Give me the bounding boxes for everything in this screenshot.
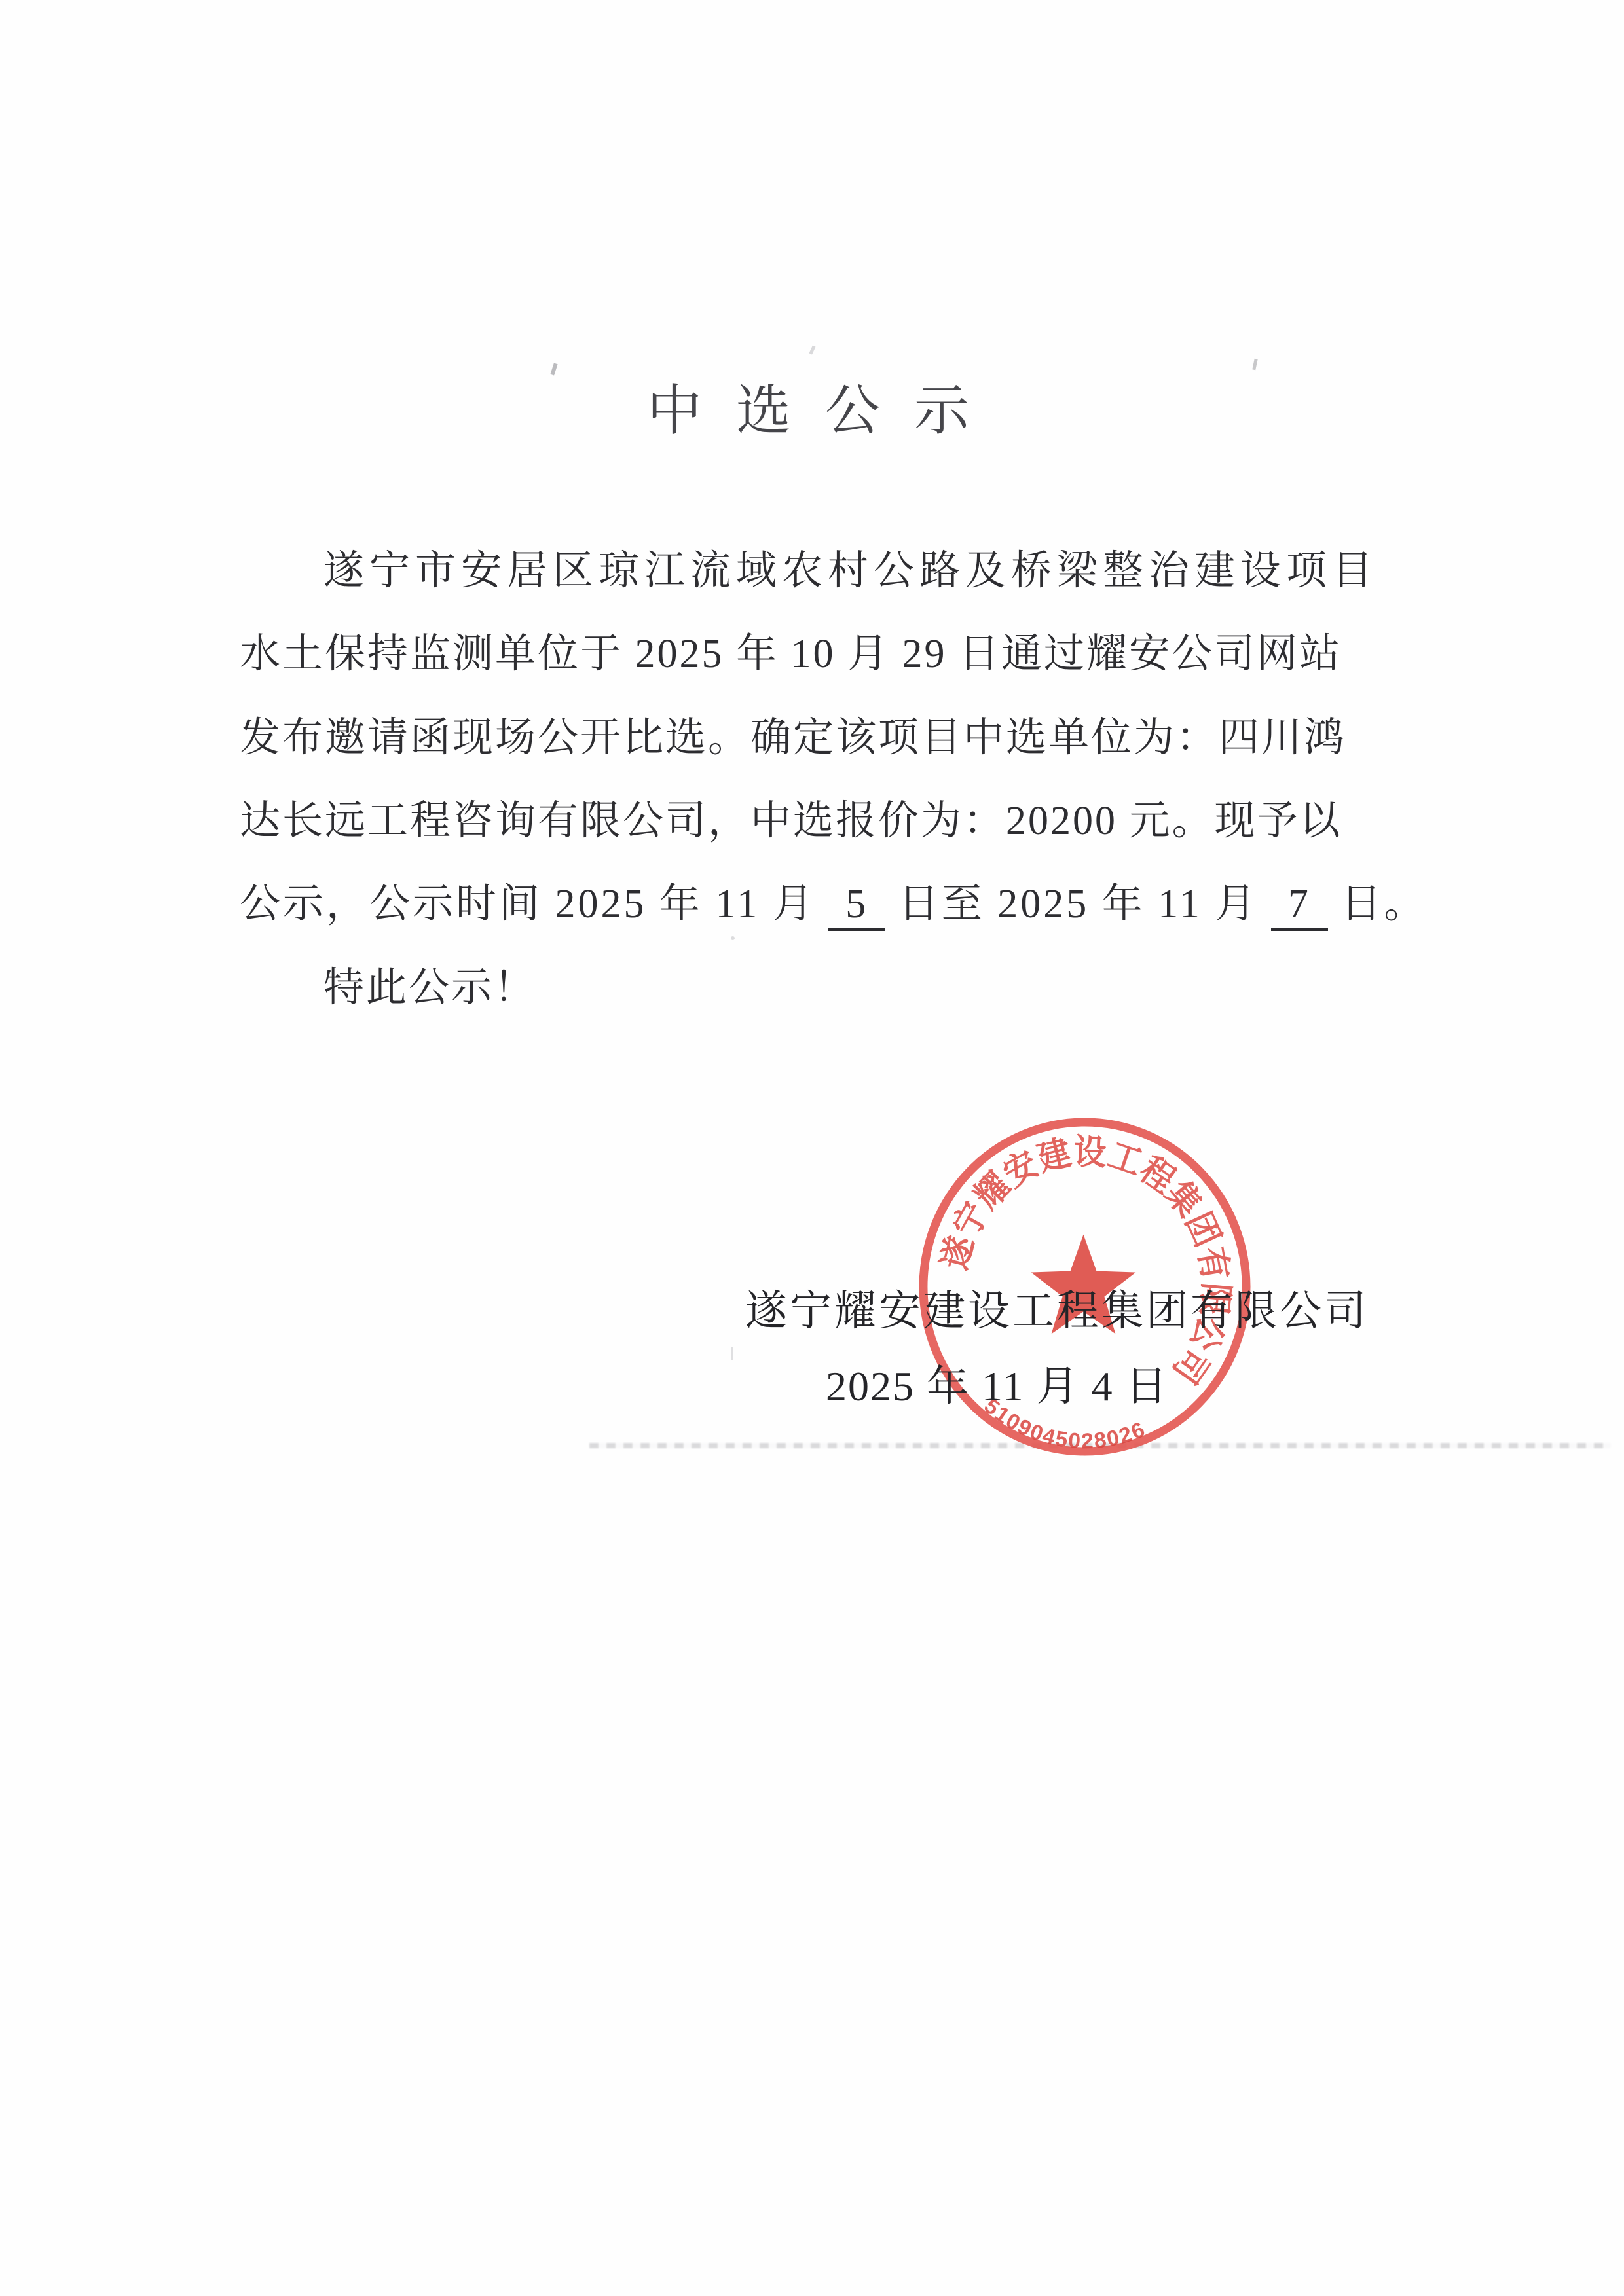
publicity-dates-text: 日。 xyxy=(1340,882,1427,926)
start-day-underlined: 5 xyxy=(828,882,885,931)
document-title: 中选公示 xyxy=(0,367,1624,446)
scanned-document-page: 中选公示 遂宁市安居区琼江流域农村公路及桥梁整治建设项目 水土保持监测单位于 2… xyxy=(0,0,1624,2296)
paragraph-line-6: 特此公示！ xyxy=(323,955,536,1013)
paragraph-line-3: 发布邀请函现场公开比选。确定该项目中选单位为：四川鸿 xyxy=(240,704,1346,763)
paragraph-line-2: 水土保持监测单位于 2025 年 10 月 29 日通过耀安公司网站 xyxy=(240,621,1342,679)
publicity-dates-text: 公示，公示时间 2025 年 11 月 xyxy=(240,882,816,926)
signature-date: 2025 年 11 月 4 日 xyxy=(826,1353,1169,1413)
scan-speck xyxy=(731,1347,733,1360)
paragraph-line-1: 遂宁市安居区琼江流域农村公路及桥梁整治建设项目 xyxy=(323,538,1378,596)
paragraph-line-5: 公示，公示时间 2025 年 11 月 5 日至 2025 年 11 月 7 日… xyxy=(240,871,1427,929)
scan-speck xyxy=(809,346,815,355)
paragraph-line-4: 达长远工程咨询有限公司，中选报价为：20200 元。现予以 xyxy=(240,788,1342,846)
publicity-dates-text: 日至 2025 年 11 月 xyxy=(898,882,1259,926)
signature-company: 遂宁耀安建设工程集团有限公司 xyxy=(745,1277,1369,1338)
end-day-underlined: 7 xyxy=(1271,882,1328,931)
scan-speck xyxy=(731,936,735,940)
